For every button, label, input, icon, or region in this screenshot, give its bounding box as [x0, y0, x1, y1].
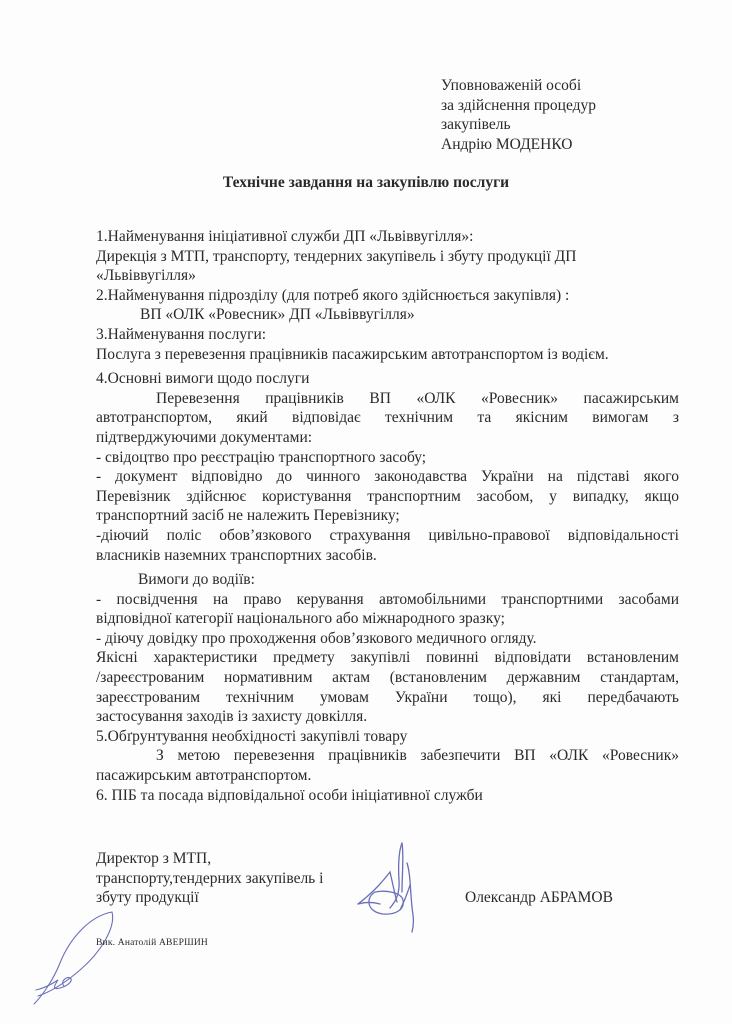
section-4-paragraph: підтверджуючими документами: [96, 428, 679, 448]
section-1-text: Дирекція з МТП, транспорту, тендерних за… [96, 247, 679, 267]
signatory-position: Директор з МТП, транспорту,тендерних зак… [96, 849, 323, 908]
section-1-heading: 1.Найменування ініціативної служби ДП «Л… [96, 227, 679, 247]
section-5-text: пасажирським автотранспортом. [96, 766, 679, 786]
section-6-heading: 6. ПІБ та посада відповідальної особи ін… [96, 786, 679, 806]
section-4-heading: 4.Основні вимоги щодо послуги [96, 369, 679, 389]
document-title: Технічне завдання на закупівлю послуги [0, 174, 732, 192]
document-body: 1.Найменування ініціативної служби ДП «Л… [96, 227, 679, 805]
document-list-item: Перевізник здійснює користування транспо… [96, 487, 679, 507]
addressee-line: Андрію МОДЕНКО [441, 135, 596, 155]
addressee-block: Уповноваженій особі за здійснення процед… [441, 76, 596, 154]
document-list-item: -діючий поліс обов’язкового страхування … [96, 526, 679, 546]
section-3-heading: 3.Найменування послуги: [96, 325, 679, 345]
document-list-item: - документ відповідно до чинного законод… [96, 467, 679, 487]
quality-paragraph: /зареєстрованим нормативним актам (встан… [96, 668, 679, 688]
section-4-paragraph: автотранспортом, який відповідає технічн… [96, 408, 679, 428]
driver-requirement: - діючу довідку про проходження обов’язк… [96, 629, 679, 649]
section-4-paragraph: Перевезення працівників ВП «ОЛК «Ровесни… [96, 389, 679, 409]
position-line: транспорту,тендерних закупівель і [96, 869, 323, 889]
document-list-item: - свідоцтво про реєстрацію транспортного… [96, 448, 679, 468]
document-list-item: власників наземних транспортних засобів. [96, 546, 679, 566]
quality-paragraph: Якісні характеристики предмету закупівлі… [96, 648, 679, 668]
quality-paragraph: зареєстрованим технічним умовам України … [96, 688, 679, 708]
addressee-line: Уповноваженій особі [441, 76, 596, 96]
section-2-text: ВП «ОЛК «Ровесник» ДП «Львіввугілля» [96, 305, 679, 325]
driver-requirement: - посвідчення на право керування автомоб… [96, 590, 679, 610]
document-list-item: транспортний засіб не належить Перевізни… [96, 506, 679, 526]
handwritten-signature-icon [355, 840, 430, 935]
signatory-name: Олександр АБРАМОВ [465, 889, 613, 907]
section-5-heading: 5.Обґрунтування необхідності закупівлі т… [96, 727, 679, 747]
quality-paragraph: застосування заходів із захисту довкілля… [96, 707, 679, 727]
addressee-line: закупівель [441, 115, 596, 135]
section-3-text: Послуга з перевезення працівників пасажи… [96, 345, 679, 365]
position-line: збуту продукції [96, 888, 323, 908]
section-5-text: З метою перевезення працівників забезпеч… [96, 746, 679, 766]
addressee-line: за здійснення процедур [441, 96, 596, 116]
executor-name: Вик. Анатолій АВЕРШИН [96, 938, 208, 948]
section-1-text: «Львіввугілля» [96, 266, 679, 286]
document-page: Уповноваженій особі за здійснення процед… [0, 0, 732, 1024]
drivers-heading: Вимоги до водіїв: [96, 570, 679, 590]
driver-requirement: відповідної категорії національного або … [96, 609, 679, 629]
section-2-heading: 2.Найменування підрозділу (для потреб як… [96, 286, 679, 306]
executor-signature-icon [30, 908, 120, 1008]
position-line: Директор з МТП, [96, 849, 323, 869]
